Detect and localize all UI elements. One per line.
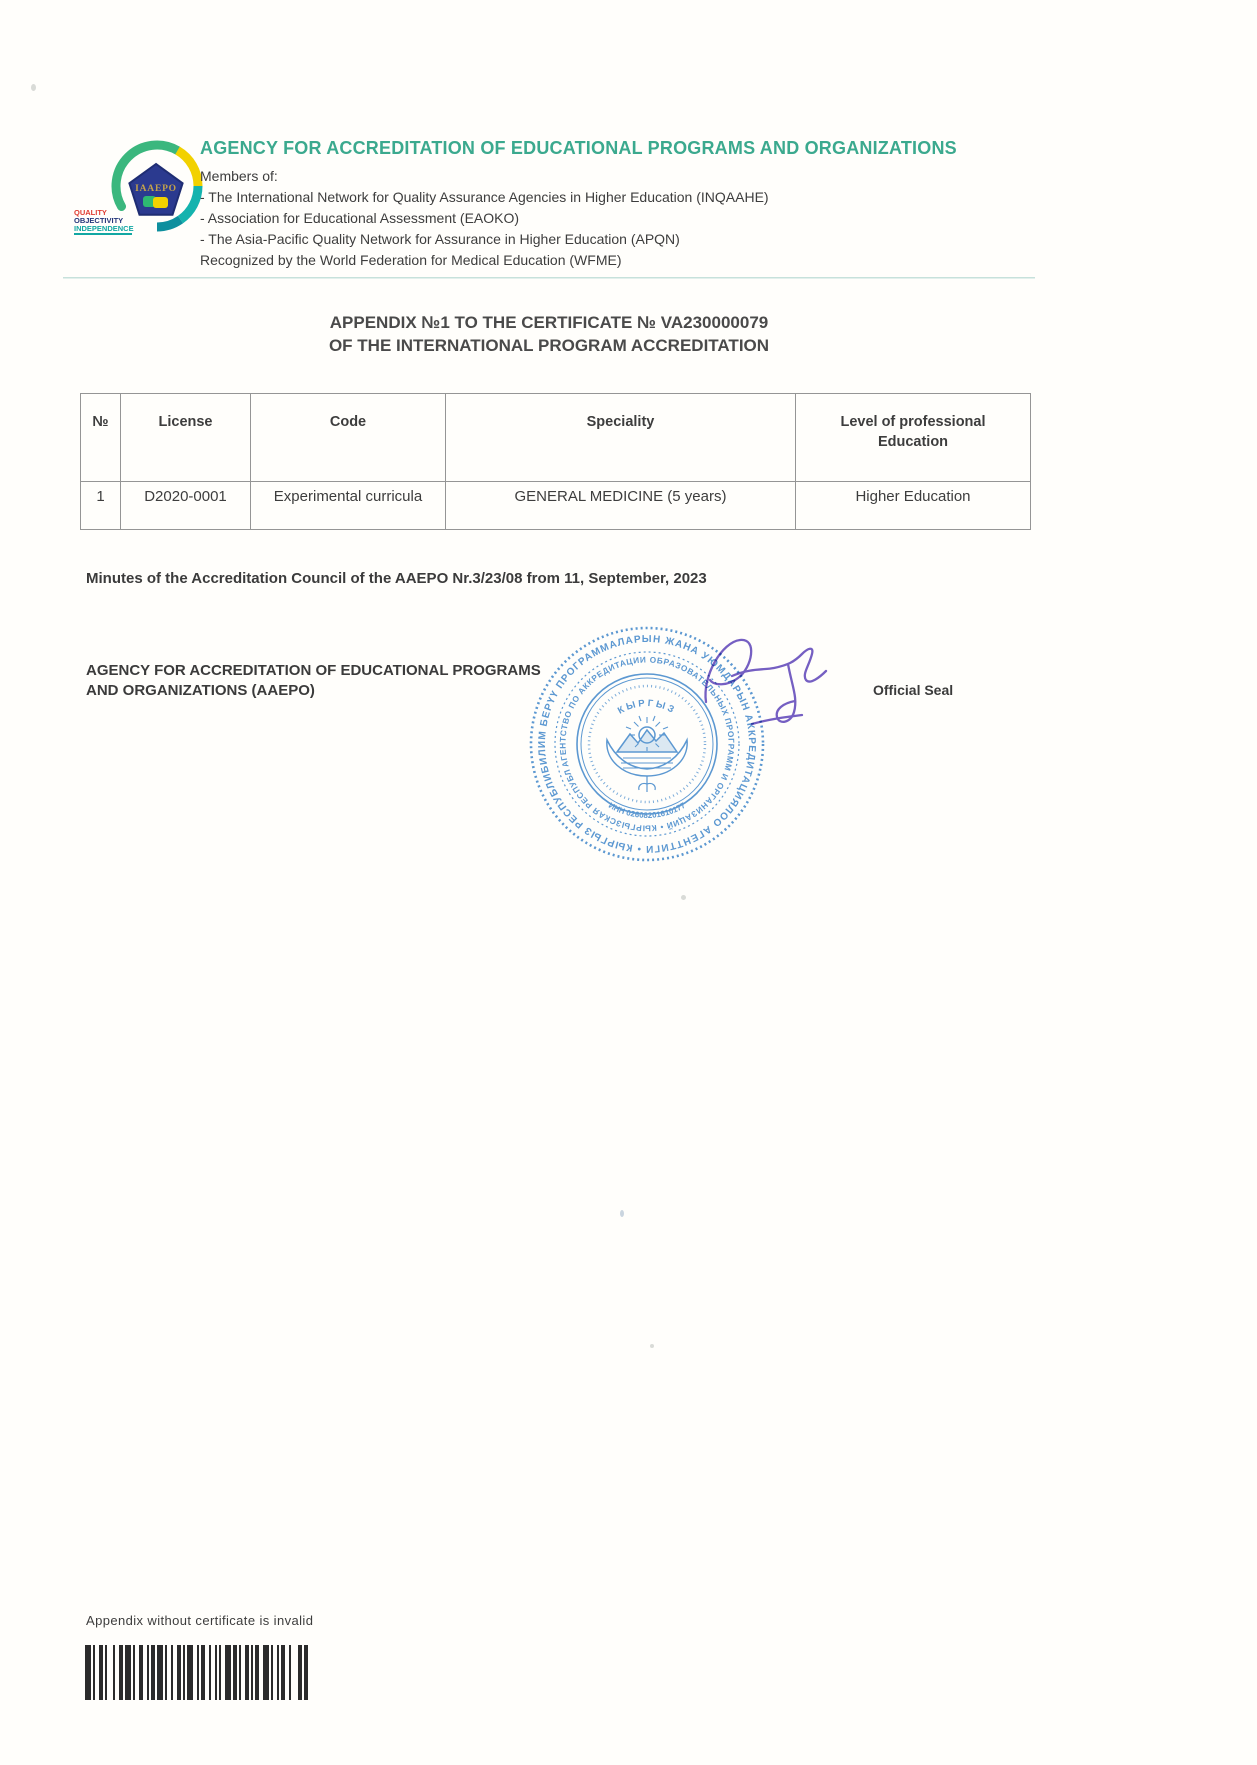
member-item: - The Asia-Pacific Quality Network for A… xyxy=(200,229,769,250)
agency-signature-block: AGENCY FOR ACCREDITATION OF EDUCATIONAL … xyxy=(86,661,541,701)
logo-motto-underline xyxy=(74,233,132,235)
members-label: Members of: xyxy=(200,166,769,187)
cell-level: Higher Education xyxy=(796,482,1031,530)
col-header-speciality: Speciality xyxy=(446,394,796,482)
seal-hatch-lines xyxy=(621,758,673,768)
member-item: - Association for Educational Assessment… xyxy=(200,208,769,229)
barcode xyxy=(85,1645,310,1700)
agency-header-title: AGENCY FOR ACCREDITATION OF EDUCATIONAL … xyxy=(200,138,957,159)
scan-speck xyxy=(681,895,686,900)
cell-code: Experimental curricula xyxy=(251,482,446,530)
agency-name-line2: AND ORGANIZATIONS (AAEPO) xyxy=(86,681,541,701)
logo-ring-darkteal xyxy=(157,220,181,227)
svg-text:КЫРГЫЗ: КЫРГЫЗ xyxy=(616,698,678,717)
scan-speck xyxy=(650,1344,654,1348)
seal-stem xyxy=(639,776,655,792)
seal-center-text: КЫРГЫЗ xyxy=(616,698,678,717)
cell-license: D2020-0001 xyxy=(121,482,251,530)
table-row: 1 D2020-0001 Experimental curricula GENE… xyxy=(81,482,1031,530)
document-title: APPENDIX №1 TO THE CERTIFICATE № VA23000… xyxy=(63,311,1035,357)
cell-number: 1 xyxy=(81,482,121,530)
col-header-code: Code xyxy=(251,394,446,482)
col-header-number: № xyxy=(81,394,121,482)
agency-logo: IAAEPO QUALITY OBJECTIVITY INDEPENDENCE xyxy=(70,118,212,236)
logo-mark-yellow xyxy=(153,197,168,208)
signature xyxy=(692,628,862,743)
seal-emblem: КЫРГЫЗ xyxy=(607,698,687,792)
footer-invalid-note: Appendix without certificate is invalid xyxy=(86,1613,313,1628)
accreditation-table: № License Code Speciality Level of profe… xyxy=(80,393,1031,530)
seal-mountains xyxy=(617,730,677,752)
document-title-line1: APPENDIX №1 TO THE CERTIFICATE № VA23000… xyxy=(63,311,1035,334)
minutes-note: Minutes of the Accreditation Council of … xyxy=(86,570,707,587)
col-header-level: Level of professional Education xyxy=(796,394,1031,482)
scan-speck xyxy=(620,1210,624,1217)
col-header-license: License xyxy=(121,394,251,482)
document-title-line2: OF THE INTERNATIONAL PROGRAM ACCREDITATI… xyxy=(63,334,1035,357)
logo-motto-independence: INDEPENDENCE xyxy=(74,224,134,233)
official-seal-label: Official Seal xyxy=(873,682,953,698)
agency-name-line1: AGENCY FOR ACCREDITATION OF EDUCATIONAL … xyxy=(86,661,541,681)
document-page: IAAEPO QUALITY OBJECTIVITY INDEPENDENCE … xyxy=(0,0,1257,1765)
barcode-space xyxy=(308,1645,310,1700)
scan-speck xyxy=(31,84,36,91)
logo-pentagon-label: IAAEPO xyxy=(135,184,177,194)
membership-list: Members of: - The International Network … xyxy=(200,166,769,271)
cell-speciality: GENERAL MEDICINE (5 years) xyxy=(446,482,796,530)
recognized-note: Recognized by the World Federation for M… xyxy=(200,250,769,271)
logo-ring-teal xyxy=(181,186,199,220)
member-item: - The International Network for Quality … xyxy=(200,187,769,208)
table-header-row: № License Code Speciality Level of profe… xyxy=(81,394,1031,482)
header-divider xyxy=(63,277,1035,279)
